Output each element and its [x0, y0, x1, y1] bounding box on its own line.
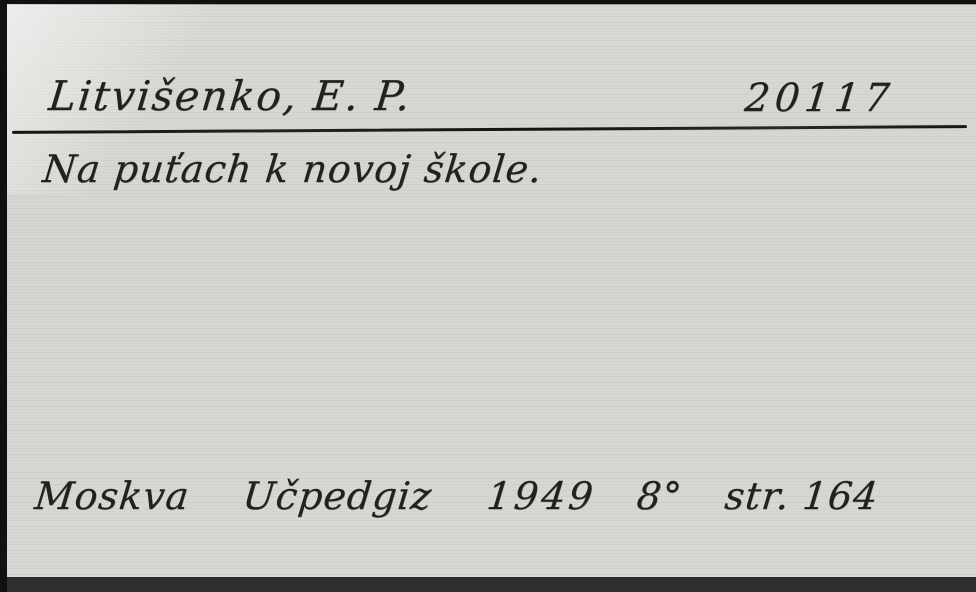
- catalog-card: Litvišenko, E. P. 20117 Na puťach k novo…: [7, 4, 976, 580]
- imprint-place: Moskva: [33, 474, 192, 518]
- imprint-publisher: Učpedgiz: [241, 474, 435, 518]
- scanned-catalog-card-image: Litvišenko, E. P. 20117 Na puťach k novo…: [0, 0, 976, 592]
- imprint-year: 1949: [485, 474, 598, 518]
- scanner-background-strip: [7, 580, 976, 592]
- imprint-pages: str. 164: [723, 474, 881, 518]
- title-text: Na puťach k novoj škole.: [41, 147, 545, 191]
- author-heading: Litvišenko, E. P.: [46, 72, 414, 120]
- rule-line: [12, 125, 967, 134]
- catalog-number: 20117: [743, 76, 897, 121]
- imprint-format: 8°: [635, 474, 685, 518]
